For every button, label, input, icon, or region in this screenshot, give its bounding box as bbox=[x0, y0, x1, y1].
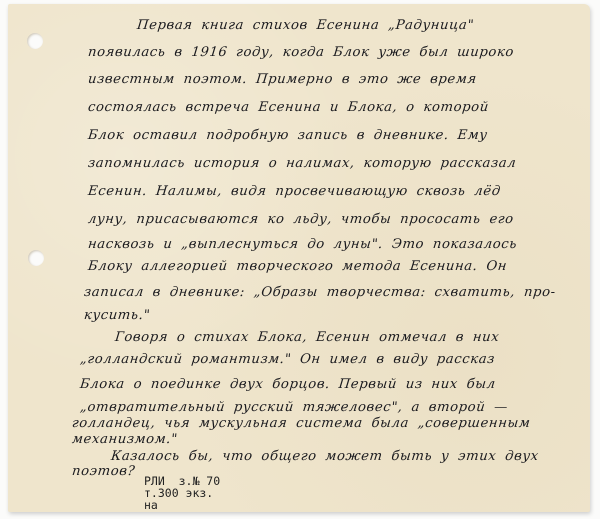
handwritten-line: Казалось бы, что общего может быть у эти… bbox=[110, 449, 539, 464]
handwritten-line: механизмом." bbox=[71, 432, 178, 447]
handwritten-text: Первая книга стихов Есенина „Радуница" п… bbox=[8, 4, 590, 512]
handwritten-line: Первая книга стихов Есенина „Радуница" bbox=[136, 18, 475, 33]
handwritten-line: Есенин. Налимы, видя просвечивающую скво… bbox=[87, 184, 501, 199]
handwritten-line: появилась в 1916 году, когда Блок уже бы… bbox=[87, 45, 515, 60]
handwritten-line: голландец, чья мускульная система была „… bbox=[71, 416, 531, 431]
handwritten-line: Блок оставил подробную запись в дневнике… bbox=[87, 128, 488, 143]
handwritten-line: кусить." bbox=[83, 308, 151, 323]
handwritten-line: известным поэтом. Примерно в это же врем… bbox=[87, 72, 477, 87]
handwritten-line: поэтов? bbox=[71, 464, 136, 479]
handwritten-line: Блока о поединке двух борцов. Первый из … bbox=[79, 377, 496, 392]
handwritten-line: „отвратительный русский тяжеловес", а вт… bbox=[79, 400, 508, 415]
handwritten-line: состоялась встреча Есенина и Блока, о ко… bbox=[87, 100, 489, 115]
handwritten-line: записал в дневнике: „Образы творчества: … bbox=[83, 285, 556, 300]
typed-stamp: РЛИ з.№ 70 т.300 экз. на bbox=[144, 475, 220, 511]
handwritten-line: „голландский романтизм." Он имел в виду … bbox=[79, 352, 496, 367]
handwritten-line: запомнилась история о налимах, которую р… bbox=[87, 156, 517, 171]
manuscript-page: Первая книга стихов Есенина „Радуница" п… bbox=[8, 4, 590, 512]
handwritten-line: луну, присасываются ко льду, чтобы просо… bbox=[87, 212, 514, 227]
stamp-line-extra: на bbox=[144, 499, 220, 511]
handwritten-line: насквозь и „выплеснуться до луны". Это п… bbox=[87, 237, 518, 252]
handwritten-line: Говоря о стихах Блока, Есенин отмечал в … bbox=[114, 330, 500, 345]
handwritten-line: Блоку аллегорией творческого метода Есен… bbox=[87, 259, 508, 274]
